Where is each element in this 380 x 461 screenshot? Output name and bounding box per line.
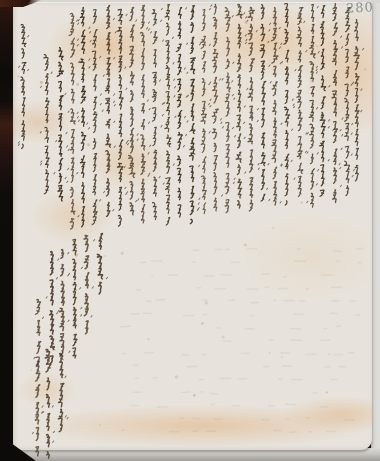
manuscript-scan: 280 <box>0 0 380 461</box>
binding-gutter <box>0 0 13 461</box>
scan-right-edge <box>371 0 380 461</box>
manuscript-page <box>12 2 372 450</box>
folio-number-stamp: 280 <box>346 0 375 16</box>
